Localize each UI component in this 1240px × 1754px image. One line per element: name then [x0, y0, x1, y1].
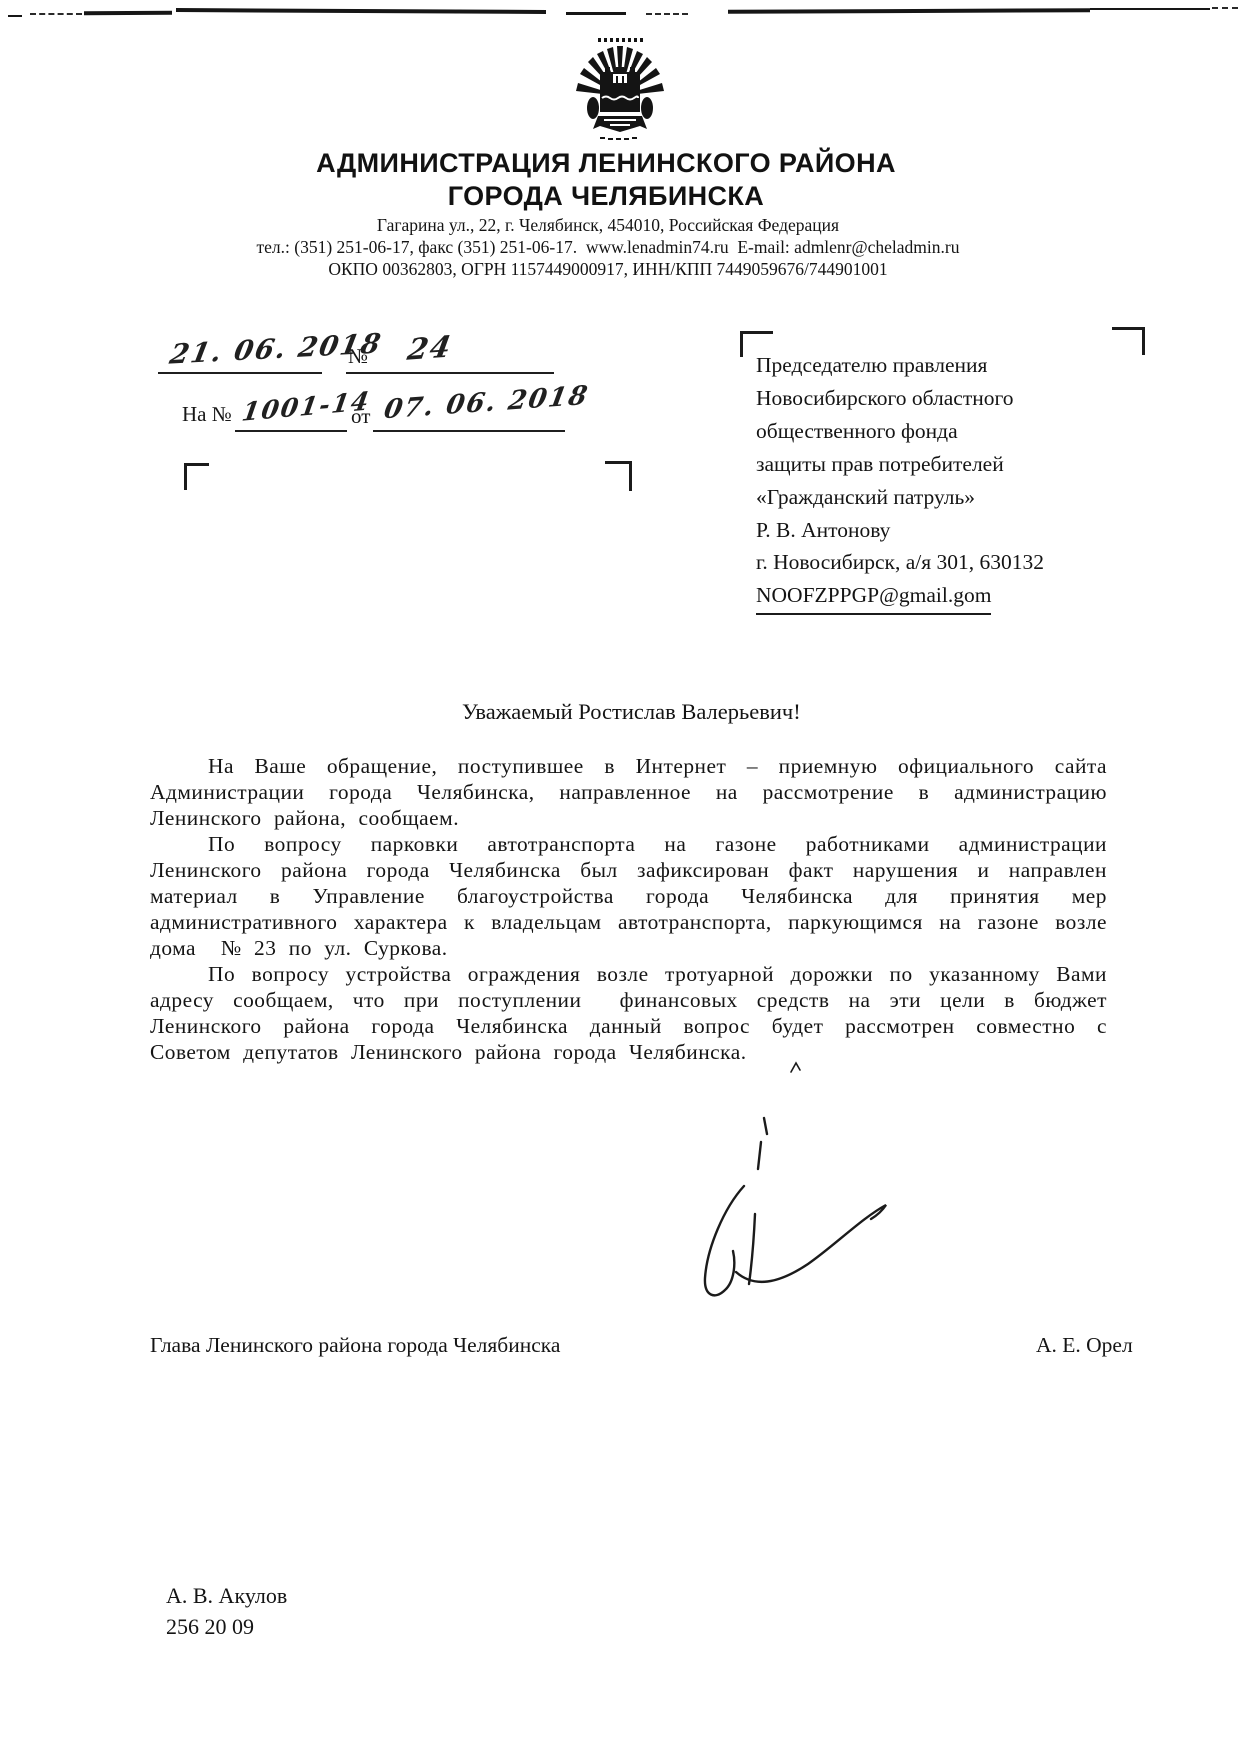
addressee-line: Р. В. Антонову [756, 514, 1044, 547]
org-name-line2: ГОРОДА ЧЕЛЯБИНСКА [0, 181, 1212, 212]
addressee-bracket-right [1112, 327, 1145, 355]
header-registry: ОКПО 00362803, ОГРН 1157449000917, ИНН/К… [0, 259, 1216, 280]
outgoing-number-label: № [348, 344, 368, 369]
reply-date-label: от [351, 404, 370, 429]
address-zone-bracket-right [605, 461, 632, 491]
leninsky-district-emblem-icon [570, 36, 670, 146]
addressee-email: NOOFZPPGP@gmail.gom [756, 579, 991, 615]
signer-name: А. Е. Орел [1036, 1333, 1133, 1358]
header-address: Гагарина ул., 22, г. Челябинск, 454010, … [0, 215, 1216, 236]
executor-phone: 256 20 09 [166, 1614, 254, 1640]
outgoing-number-underline [346, 372, 554, 374]
addressee-line: Новосибирского областного [756, 382, 1044, 415]
org-name-line1: АДМИНИСТРАЦИЯ ЛЕНИНСКОГО РАЙОНА [0, 148, 1212, 179]
outgoing-date-underline [158, 372, 322, 374]
header-contacts: тел.: (351) 251-06-17, факс (351) 251-06… [0, 237, 1216, 258]
executor-name: А. В. Акулов [166, 1583, 287, 1609]
body-paragraph: На Ваше обращение, поступившее в Интерне… [150, 753, 1107, 831]
addressee-line: Председателю правления [756, 349, 1044, 382]
reply-ref-label: На № [182, 402, 232, 427]
salutation: Уважаемый Ростислав Валерьевич! [462, 699, 801, 725]
addressee-block: Председателю правления Новосибирского об… [756, 349, 1044, 615]
addressee-line: г. Новосибирск, а/я 301, 630132 [756, 546, 1044, 579]
addressee-line: защиты прав потребителей [756, 448, 1044, 481]
reply-date-handwritten: 07. 06. 2018 [382, 381, 592, 426]
reply-number-underline [235, 430, 347, 432]
body-paragraph: По вопросу устройства ограждения возле т… [150, 961, 1107, 1065]
body-paragraph: По вопросу парковки автотранспорта на га… [150, 831, 1107, 961]
signature-autograph-icon [660, 1086, 900, 1311]
scan-artifact-caret [788, 1060, 804, 1074]
outgoing-number-handwritten: 24 [405, 329, 455, 367]
addressee-line: «Гражданский патруль» [756, 481, 1044, 514]
addressee-line: общественного фонда [756, 415, 1044, 448]
letter-body: На Ваше обращение, поступившее в Интерне… [150, 753, 1107, 1065]
reply-date-underline [373, 430, 565, 432]
signature-title: Глава Ленинского района города Челябинск… [150, 1333, 560, 1358]
address-zone-bracket-left [184, 463, 209, 490]
scanned-letter-page: АДМИНИСТРАЦИЯ ЛЕНИНСКОГО РАЙОНА ГОРОДА Ч… [0, 0, 1240, 1754]
